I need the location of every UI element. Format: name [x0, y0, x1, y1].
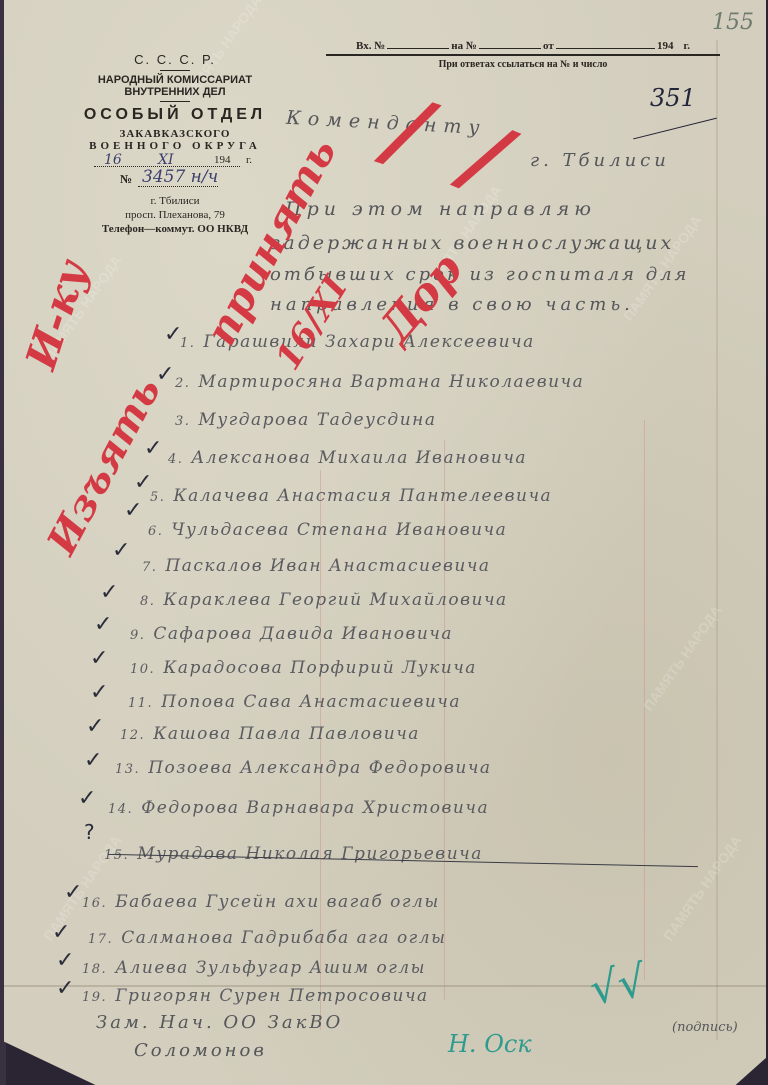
list-item: 10.Карадосова Порфирий Лукича	[130, 658, 477, 678]
list-item: 4.Алексанова Михаила Ивановича	[168, 448, 527, 468]
letterhead-commissariat-2: ВНУТРЕННИХ ДЕЛ	[70, 86, 280, 98]
letterhead: С. С. С. Р. НАРОДНЫЙ КОМИССАРИАТ ВНУТРЕН…	[70, 52, 280, 236]
blank-field	[387, 48, 449, 49]
list-item: 3.Мугдарова Тадеусдина	[175, 410, 436, 430]
checkmark-icon: ✓	[124, 498, 142, 523]
list-item: 5.Калачева Анастасия Пантелеевича	[150, 486, 552, 506]
question-mark: ?	[84, 820, 95, 844]
list-item: 6.Чульдасева Степана Ивановича	[148, 520, 507, 540]
year-label: 194	[657, 40, 674, 52]
divider	[160, 101, 190, 102]
list-item-name: Алексанова Михаила Ивановича	[191, 448, 527, 468]
date-year-prefix: 194	[214, 154, 231, 166]
letterhead-district-1: ЗАКАВКАЗСКОГО	[70, 128, 280, 140]
list-item-name: Федорова Варнавара Христовича	[141, 798, 489, 818]
incoming-reference-row: Вх. № на № от 194 г.	[326, 40, 720, 52]
list-item-name: Салманова Гадрибаба ага оглы	[121, 928, 446, 948]
body-line-2: задержанных военнослужащих	[270, 232, 674, 254]
list-item-name: Мартиросяна Вартана Николаевича	[198, 372, 584, 392]
list-item: 14.Федорова Варнавара Христовича	[108, 798, 489, 818]
list-item-name: Чульдасева Степана Ивановича	[171, 520, 507, 540]
list-item-name: Попова Сава Анастасиевича	[161, 692, 461, 712]
letterhead-department: ОСОБЫЙ ОТДЕЛ	[70, 106, 280, 124]
body-line-1: При этом направляю	[285, 198, 596, 220]
list-item: 9.Сафарова Давида Ивановича	[130, 624, 453, 644]
reply-to-number-label: на №	[451, 40, 477, 52]
letterhead-commissariat-1: НАРОДНЫЙ КОМИССАРИАТ	[70, 74, 280, 86]
header-rule	[326, 54, 720, 56]
list-item-name: Позоева Александра Федоровича	[148, 758, 491, 778]
list-item: 13.Позоева Александра Федоровича	[115, 758, 492, 778]
bottom-right-note: (подпись)	[672, 1020, 738, 1035]
checkmark-icon: ✓	[52, 920, 70, 945]
list-item: 8.Караклева Георгий Михайловича	[140, 590, 508, 610]
list-item: 11.Попова Сава Анастасиевича	[128, 692, 461, 712]
blank-field	[479, 48, 541, 49]
list-item: 2.Мартиросяна Вартана Николаевича	[175, 372, 584, 392]
divider	[160, 70, 190, 71]
list-item-name: Алиева Зульфугар Ашим оглы	[115, 958, 426, 978]
checkmark-icon: ✓	[86, 714, 104, 739]
letterhead-district-2: ВОЕННОГО ОКРУГА	[70, 140, 280, 152]
signature-title: Зам. Нач. ОО ЗакВО	[96, 1012, 343, 1033]
checkmark-icon: ✓	[134, 470, 152, 495]
green-signature-icon: √√	[586, 956, 650, 1016]
signature-name: Соломонов	[134, 1040, 267, 1061]
checkmark-icon: ✓	[56, 976, 74, 1001]
year-suffix: г.	[683, 40, 690, 52]
checkmark-icon: ✓	[144, 436, 162, 461]
list-item-name: Паскалов Иван Анастасиевича	[165, 556, 490, 576]
number-label: №	[120, 172, 132, 187]
list-item: 18.Алиева Зульфугар Ашим оглы	[82, 958, 426, 978]
from-label: от	[543, 40, 554, 52]
number-dotted-line	[138, 186, 218, 187]
letterhead-country: С. С. С. Р.	[70, 52, 280, 67]
list-item-name: Карадосова Порфирий Лукича	[163, 658, 477, 678]
address-city: г. Тбилиси	[70, 194, 280, 208]
incoming-reference: Вх. № на № от 194 г. При ответах ссылать…	[326, 40, 720, 70]
checkmark-icon: ✓	[156, 362, 174, 387]
checkmark-icon: ✓	[78, 786, 96, 811]
checkmark-icon: ✓	[56, 948, 74, 973]
list-item-name: Гарашвили Захари Алексеевича	[203, 332, 534, 352]
list-item-name: Калачева Анастасия Пантелеевича	[173, 486, 552, 506]
fold-line	[716, 40, 718, 1040]
list-item: 17.Салманова Гадрибаба ага оглы	[88, 928, 446, 948]
incoming-number-label: Вх. №	[356, 40, 385, 52]
checkmark-icon: ✓	[94, 612, 112, 637]
checkmark-icon: ✓	[64, 880, 82, 905]
checkmark-icon: ✓	[90, 646, 108, 671]
list-item: 12.Кашова Павла Павловича	[120, 724, 420, 744]
list-item-name: Караклева Георгий Михайловича	[163, 590, 507, 610]
checkmark-icon: ✓	[100, 580, 118, 605]
addressee-city: г. Тбилиси	[530, 150, 670, 171]
archive-number: 351	[650, 84, 696, 112]
blank-field	[556, 48, 655, 49]
outgoing-number-line: № 3457 н/ч	[70, 170, 280, 188]
address-street: просп. Плеханова, 79	[70, 208, 280, 222]
checkmark-icon: ✓	[84, 748, 102, 773]
reply-instruction: При ответах ссылаться на № и число	[326, 59, 720, 70]
list-item: 19.Григорян Сурен Петросовича	[82, 986, 429, 1006]
list-item-name: Кашова Павла Павловича	[153, 724, 420, 744]
green-initials: Н. Оск	[448, 1030, 532, 1058]
corner-page-number: 155	[712, 10, 754, 35]
date-suffix: г.	[246, 154, 252, 166]
outgoing-number: 3457 н/ч	[142, 167, 218, 187]
list-item: 16.Бабаева Гусейн ахи вагаб оглы	[82, 892, 440, 912]
checkmark-icon: ✓	[112, 538, 130, 563]
list-item-name: Мугдарова Тадеусдина	[198, 410, 436, 430]
list-item-name: Григорян Сурен Петросовича	[115, 986, 429, 1006]
list-item-name: Сафарова Давида Ивановича	[153, 624, 453, 644]
checkmark-icon: ✓	[164, 322, 182, 347]
list-item-name: Бабаева Гусейн ахи вагаб оглы	[115, 892, 440, 912]
checkmark-icon: ✓	[90, 680, 108, 705]
list-item: 7.Паскалов Иван Анастасиевича	[142, 556, 491, 576]
